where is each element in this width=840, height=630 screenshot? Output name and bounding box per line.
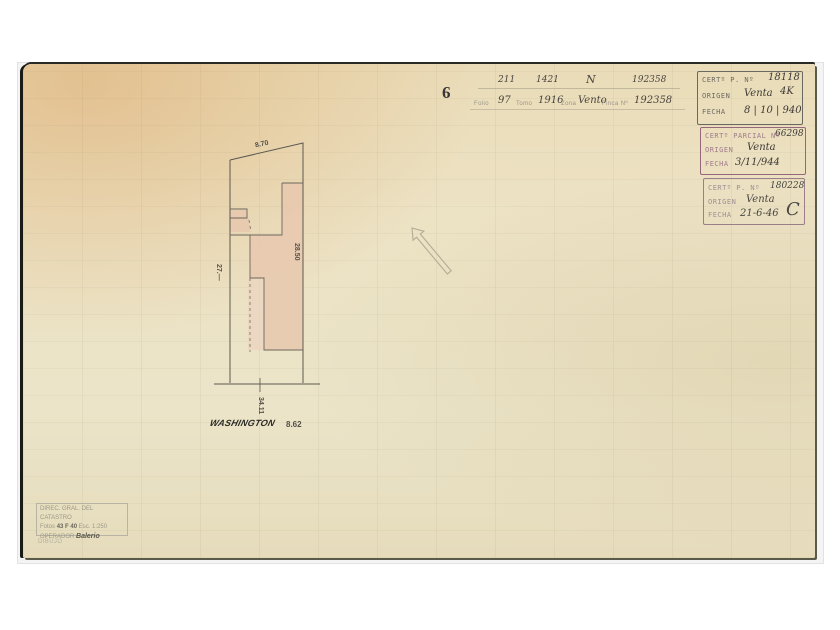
street-width: 8.62	[286, 420, 302, 429]
catastro-stamp: DIREC. GRAL. DEL CATASTRO Fotos 43 F 40 …	[36, 503, 128, 536]
catastro-fotos: Fotos 43 F 40 Esc. 1:250	[40, 523, 124, 532]
catastro-scale: Esc. 1:250	[79, 524, 107, 530]
left-depth-label: 27.—	[215, 264, 222, 281]
catastro-fotos-label: Fotos	[40, 524, 55, 530]
catastro-fotos-value: 43 F 40	[57, 524, 77, 530]
catastro-title: DIREC. GRAL. DEL CATASTRO	[40, 505, 124, 523]
built-area	[230, 183, 303, 350]
frontage-offset-label: 34.11	[257, 397, 264, 414]
right-depth-label: 28.50	[293, 243, 300, 261]
catastro-dibujo: DIBUJO	[38, 539, 62, 545]
catastro-operator-value: Balerio	[76, 533, 100, 540]
street-name: WASHINGTON	[209, 418, 277, 428]
north-arrow-icon	[407, 224, 455, 277]
